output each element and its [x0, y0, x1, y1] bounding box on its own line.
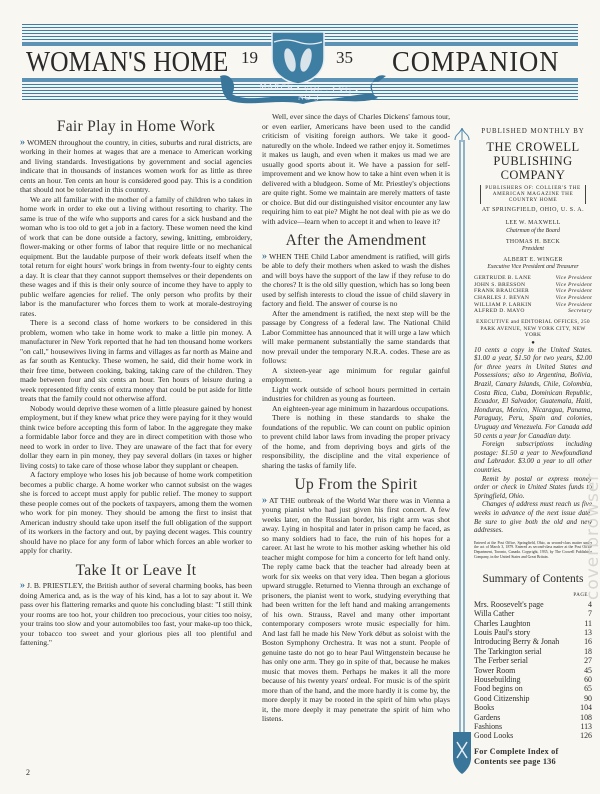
drop-mark-icon: » [20, 137, 25, 148]
toc-row[interactable]: Mrs. Roosevelt's page4 [474, 600, 592, 609]
officer-name: THOMAS H. BECK [474, 239, 592, 247]
publishers-of: PUBLISHERS OF: COLLIER'S THE AMERICAN MA… [480, 185, 586, 204]
article-paragraph: Nobody would deprive these women of a li… [20, 404, 252, 471]
officer-name: ALBERT E. WINGER [474, 257, 592, 265]
toc-row[interactable]: Books104 [474, 703, 592, 712]
article-paragraph: There is a second class of home workers … [20, 318, 252, 404]
toc-row[interactable]: Louis Paul's story13 [474, 628, 592, 637]
drop-mark-icon: » [262, 495, 267, 506]
article-paragraph: »WOMEN throughout the country, in cities… [20, 138, 252, 195]
toc-row[interactable]: The Ferber serial27 [474, 656, 592, 665]
masthead-year-left: 19 [241, 48, 258, 68]
officer-title: President [474, 246, 592, 254]
magazine-page: WOMAN'S HOME 19 MARCH • VOL • LXII • NO … [0, 0, 600, 794]
officer-name: LEE W. MAXWELL [474, 220, 592, 228]
article-paragraph: A factory employe who loses his job beca… [20, 470, 252, 556]
watermark-text: coverbrowser [583, 473, 600, 600]
table-of-contents: Mrs. Roosevelt's page4 Willa Cather7 Cha… [474, 600, 592, 741]
toc-row[interactable]: Good Citizenship90 [474, 694, 592, 703]
article-paragraph: An eighteen-year age minimum in hazardou… [262, 404, 450, 414]
drop-mark-icon: » [262, 251, 267, 262]
article-paragraph: »AT THE outbreak of the World War there … [262, 496, 450, 724]
masthead-title-left: WOMAN'S HOME [26, 47, 228, 78]
offices-address: EXECUTIVE and EDITORIAL OFFICES, 250 PAR… [474, 319, 592, 339]
toc-row[interactable]: Gardens108 [474, 713, 592, 722]
toc-row[interactable]: The Tarkington serial18 [474, 647, 592, 656]
article-paragraph: There is nothing in these standards to s… [262, 413, 450, 470]
toc-row[interactable]: Tower Room45 [474, 666, 592, 675]
subscription-info: 10 cents a copy in the United States. $1… [474, 346, 592, 535]
headline-take-it-or-leave-it: Take It or Leave It [20, 566, 252, 576]
article-paragraph: Well, ever since the days of Charles Dic… [262, 112, 450, 226]
toc-row[interactable]: Charles Laughton11 [474, 619, 592, 628]
masthead: WOMAN'S HOME 19 MARCH • VOL • LXII • NO … [22, 24, 578, 104]
complete-index-note: For Complete Index of Contents see page … [474, 747, 592, 767]
editorial-column-middle: Well, ever since the days of Charles Dic… [262, 112, 450, 724]
toc-row[interactable]: Housebuilding60 [474, 675, 592, 684]
publisher-sidebar: PUBLISHED MONTHLY BY THE CROWELL PUBLISH… [474, 128, 592, 767]
publisher-location: AT SPRINGFIELD, OHIO, U. S. A. [474, 207, 592, 215]
vp-row: ALFRED D. MAYOSecretary [474, 308, 592, 315]
officer-title: Executive Vice President and Treasurer [474, 264, 592, 272]
headline-up-from-the-spirit: Up From the Spirit [262, 480, 450, 490]
article-paragraph: »WHEN THE Child Labor amendment is ratif… [262, 252, 450, 309]
article-paragraph: »J. B. PRIESTLEY, the British author of … [20, 581, 252, 648]
vp-row: WILLIAM P. LARKINVice President [474, 302, 592, 309]
toc-row[interactable]: Willa Cather7 [474, 609, 592, 618]
published-by-label: PUBLISHED MONTHLY BY [474, 128, 592, 136]
article-paragraph: We are all familiar with the mother of a… [20, 195, 252, 319]
masthead-year-right: 35 [336, 48, 353, 68]
masthead-title-right: COMPANION [392, 47, 559, 78]
summary-title: Summary of Contents [474, 573, 592, 586]
toc-page-label: PAGE [474, 592, 592, 600]
vp-row: CHARLES J. BEVANVice President [474, 295, 592, 302]
headline-after-the-amendment: After the Amendment [262, 236, 450, 246]
vp-row: JOHN S. BRESSONVice President [474, 282, 592, 289]
article-paragraph: Light work outside of school hours permi… [262, 385, 450, 404]
vp-row: GERTRUDE B. LANEVice President [474, 275, 592, 282]
drop-mark-icon: » [20, 580, 25, 591]
toc-row[interactable]: Good Looks126 [474, 731, 592, 740]
postal-notice: Entered at the Post Office, Springfield,… [474, 541, 592, 559]
officer-title: Chairman of the Board [474, 228, 592, 236]
vice-presidents-list: GERTRUDE B. LANEVice President JOHN S. B… [474, 275, 592, 315]
toc-row[interactable]: Food begins on65 [474, 684, 592, 693]
article-paragraph: After the amendment is ratified, the nex… [262, 309, 450, 366]
page-number: 2 [26, 768, 30, 777]
article-paragraph: A sixteen-year age minimum for regular g… [262, 366, 450, 385]
column-divider-ornament [452, 128, 472, 778]
headline-fair-play: Fair Play in Home Work [20, 122, 252, 132]
toc-row[interactable]: Introducing Berry & Jonah16 [474, 637, 592, 646]
company-name: THE CROWELL PUBLISHING COMPANY [474, 140, 592, 182]
editorial-column-left: Fair Play in Home Work »WOMEN throughout… [20, 112, 252, 648]
toc-row[interactable]: Fashions113 [474, 722, 592, 731]
fish-crest-icon [270, 30, 326, 84]
vp-row: FRANK BRAUCHERVice President [474, 288, 592, 295]
